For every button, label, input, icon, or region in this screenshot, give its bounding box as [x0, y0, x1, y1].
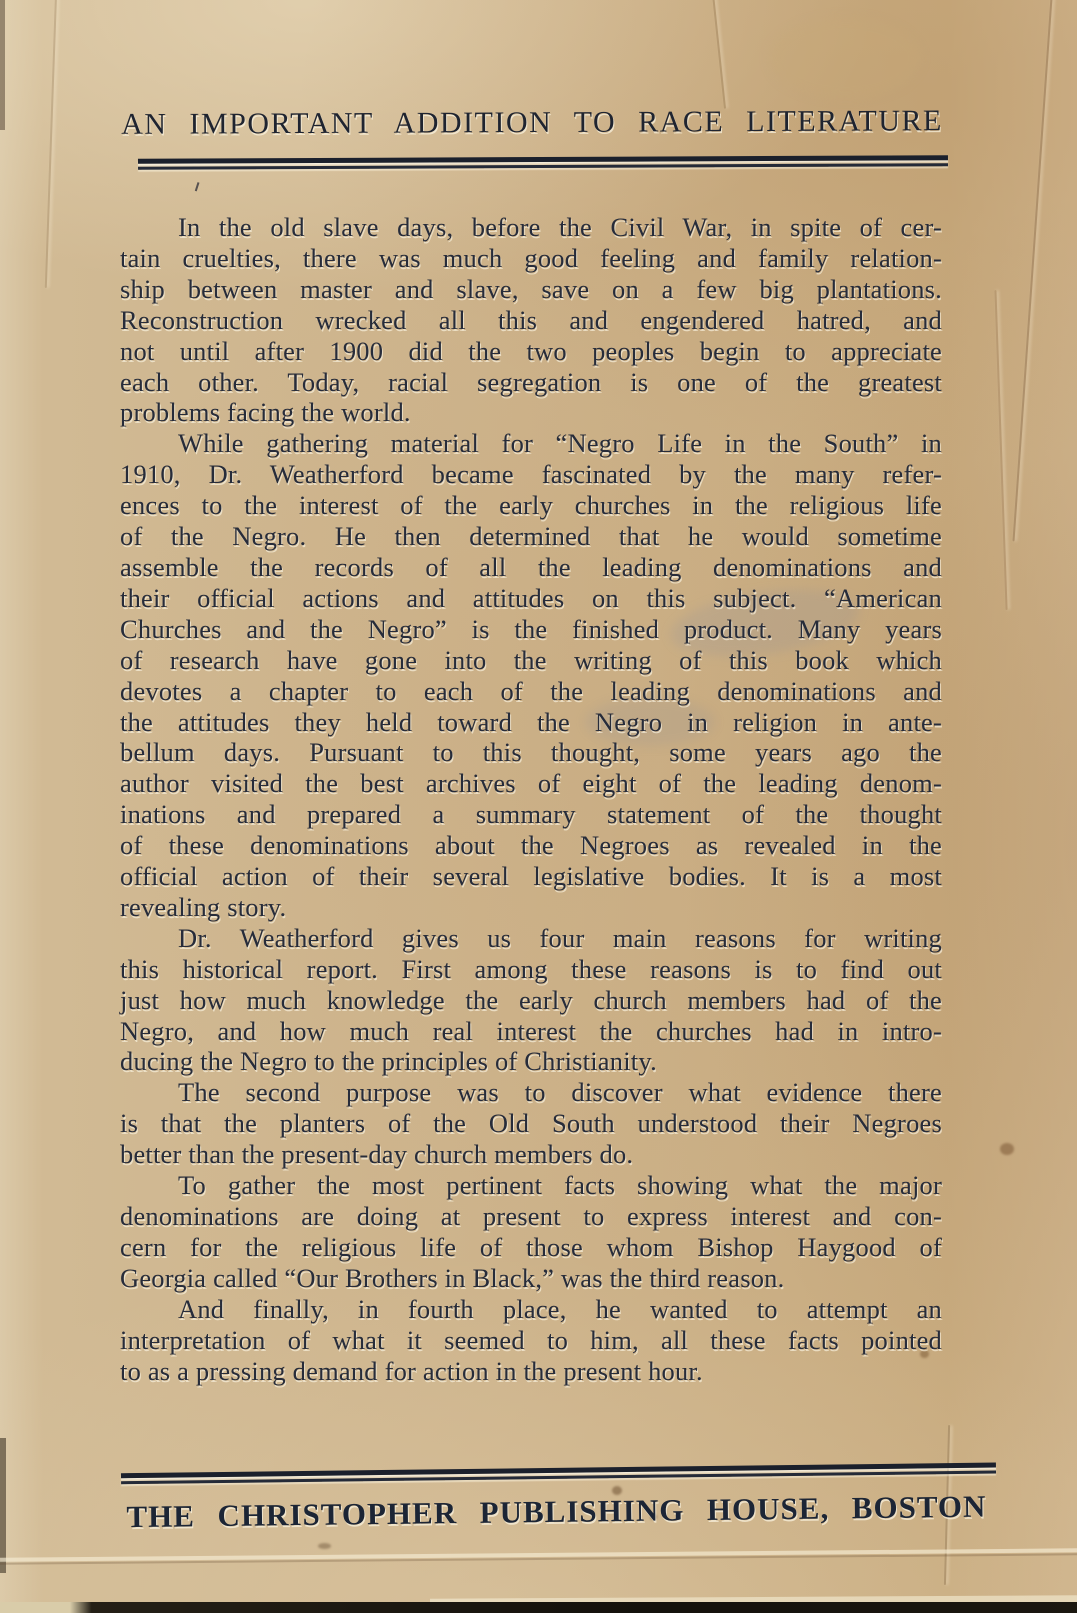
- text-line: problems facing the world.: [120, 397, 942, 428]
- text-line: Georgia called “Our Brothers in Black,” …: [120, 1263, 942, 1294]
- text-line: assemble the records of all the leading …: [120, 552, 942, 583]
- paragraph: And finally, in fourth place, he wanted …: [120, 1294, 942, 1387]
- header-rule: [138, 155, 948, 170]
- text-line: ences to the interest of the early churc…: [120, 490, 942, 521]
- paragraph: The second purpose was to discover what …: [120, 1077, 942, 1170]
- footer-rule: [121, 1463, 996, 1485]
- text-line: revealing story.: [120, 892, 942, 923]
- text-line: While gathering material for “Negro Life…: [120, 428, 942, 459]
- text-line: author visited the best archives of eigh…: [120, 768, 942, 799]
- text-line: to as a pressing demand for action in th…: [120, 1356, 942, 1387]
- text-line: tain cruelties, there was much good feel…: [120, 243, 942, 274]
- text-line: cern for the religious life of those who…: [120, 1232, 942, 1263]
- fold-crease: [0, 1548, 1077, 1561]
- text-line: Negro, and how much real interest the ch…: [120, 1016, 942, 1047]
- paragraph: In the old slave days, before the Civil …: [120, 212, 942, 428]
- text-line: interpretation of what it seemed to him,…: [120, 1325, 942, 1356]
- paper-spot: [1000, 1143, 1014, 1155]
- paragraph: While gathering material for “Negro Life…: [120, 428, 942, 923]
- text-line: the attitudes they held toward the Negro…: [120, 707, 942, 738]
- scan-edge: [0, 0, 5, 130]
- fold-crease: [430, 1595, 1077, 1605]
- text-line: just how much knowledge the early church…: [120, 985, 942, 1016]
- scan-edge: [0, 1438, 6, 1573]
- text-line: this historical report. First among thes…: [120, 954, 942, 985]
- book-jacket-back-cover: AN IMPORTANT ADDITION TO RACE LITERATURE…: [0, 0, 1077, 1613]
- paper-crease: [994, 290, 1007, 610]
- text-line: ducing the Negro to the principles of Ch…: [120, 1046, 942, 1077]
- text-line: not until after 1900 did the two peoples…: [120, 336, 942, 367]
- paper-spot: [318, 1543, 331, 1549]
- page-title: AN IMPORTANT ADDITION TO RACE LITERATURE: [118, 104, 946, 142]
- fold-crease: [0, 1553, 1077, 1564]
- paper-stain: [770, 18, 920, 98]
- publisher-imprint: THE CHRISTOPHER PUBLISHING HOUSE, BOSTON: [126, 1489, 986, 1536]
- text-line: In the old slave days, before the Civil …: [120, 212, 942, 243]
- text-line: ship between master and slave, save on a…: [120, 274, 942, 305]
- text-line: better than the present-day church membe…: [120, 1139, 942, 1170]
- text-line: is that the planters of the Old South un…: [120, 1108, 942, 1139]
- text-line: bellum days. Pursuant to this thought, s…: [120, 737, 942, 768]
- text-line: of the Negro. He then determined that he…: [120, 521, 942, 552]
- text-line: of these denominations about the Negroes…: [120, 830, 942, 861]
- text-line: inations and prepared a summary statemen…: [120, 799, 942, 830]
- text-line: 1910, Dr. Weatherford became fascinated …: [120, 459, 942, 490]
- text-line: each other. Today, racial segregation is…: [120, 367, 942, 398]
- text-line: Reconstruction wrecked all this and enge…: [120, 305, 942, 336]
- paper-crease: [45, 0, 57, 288]
- text-line: official action of their several legisla…: [120, 861, 942, 892]
- text-line: Churches and the Negro” is the finished …: [120, 614, 942, 645]
- paper-crease: [712, 0, 726, 109]
- text-line: Dr. Weatherford gives us four main reaso…: [120, 923, 942, 954]
- text-line: denominations are doing at present to ex…: [120, 1201, 942, 1232]
- text-line: their official actions and attitudes on …: [120, 583, 942, 614]
- text-line: To gather the most pertinent facts showi…: [120, 1170, 942, 1201]
- text-line: of research have gone into the writing o…: [120, 645, 942, 676]
- paper-speck: [195, 182, 204, 193]
- scan-edge: [0, 1602, 1077, 1613]
- jacket-blurb: In the old slave days, before the Civil …: [120, 212, 942, 1386]
- text-line: The second purpose was to discover what …: [120, 1077, 942, 1108]
- paragraph: To gather the most pertinent facts showi…: [120, 1170, 942, 1294]
- footer: THE CHRISTOPHER PUBLISHING HOUSE, BOSTON: [0, 0, 1077, 7]
- paragraph: Dr. Weatherford gives us four main reaso…: [120, 923, 942, 1078]
- text-line: devotes a chapter to each of the leading…: [120, 676, 942, 707]
- paper-crease: [1012, 0, 1053, 541]
- text-line: And finally, in fourth place, he wanted …: [120, 1294, 942, 1325]
